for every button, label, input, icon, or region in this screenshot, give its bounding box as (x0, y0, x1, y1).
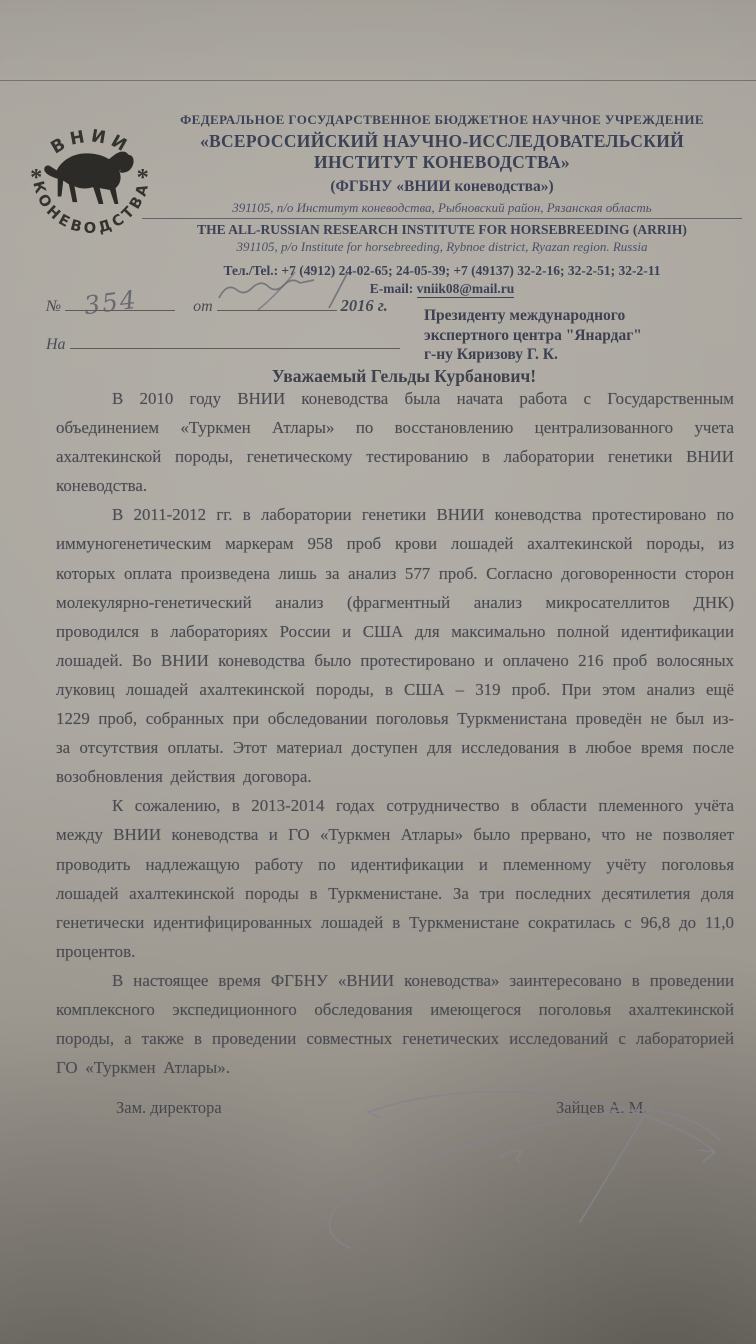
paper-top-edge (0, 0, 756, 81)
email-label: E-mail: (370, 281, 414, 296)
logo-horse-icon (44, 152, 133, 204)
letter-body: В 2010 году ВНИИ коневодства была начата… (56, 384, 734, 1082)
handwritten-number: 354 (82, 285, 139, 320)
paragraph-1: В 2010 году ВНИИ коневодства была начата… (56, 384, 734, 500)
date-underline (217, 296, 337, 311)
number-label: № (46, 298, 61, 315)
na-label: На (46, 336, 66, 353)
paragraph-2: В 2011-2012 гг. в лаборатории генетики В… (56, 500, 734, 791)
logo-ring-bottom-text: КОНЕВОДСТВА (29, 179, 152, 237)
handwritten-signature (290, 1080, 756, 1270)
paragraph-4: В настоящее время ФГБНУ «ВНИИ коневодств… (56, 966, 734, 1082)
org-short-name: (ФГБНУ «ВНИИ коневодства») (142, 178, 742, 196)
reference-block: № 354 от 2016 г. На (46, 296, 446, 372)
photographed-letter: { "colors": { "paper": "#a9a59e", "heade… (0, 0, 756, 1344)
letterhead: ФЕДЕРАЛЬНОЕ ГОСУДАРСТВЕННОЕ БЮДЖЕТНОЕ НА… (142, 112, 742, 297)
paragraph-3: К сожалению, в 2013-2014 годах сотруднич… (56, 791, 734, 966)
number-date-row: № 354 от 2016 г. (46, 296, 446, 334)
org-name-line2: ИНСТИТУТ КОНЕВОДСТВА» (142, 152, 742, 173)
org-type-line: ФЕДЕРАЛЬНОЕ ГОСУДАРСТВЕННОЕ БЮДЖЕТНОЕ НА… (142, 112, 742, 128)
logo-left-star-icon: * (30, 164, 42, 191)
na-underline (70, 334, 400, 349)
org-name-en: THE ALL-RUSSIAN RESEARCH INSTITUTE FOR H… (142, 222, 742, 238)
addressee-line3: г-ну Кяризову Г. К. (424, 345, 734, 365)
org-address-en: 391105, p/o Institute for horsebreeding,… (142, 239, 742, 255)
addressee-line2: экспертного центра "Янардаг" (424, 326, 734, 346)
org-name-line1: «ВСЕРОССИЙСКИЙ НАУЧНО-ИССЛЕДОВАТЕЛЬСКИЙ (142, 131, 742, 152)
addressee-block: Президенту международного экспертного це… (424, 306, 734, 365)
signer-title: Зам. директора (116, 1098, 222, 1118)
institute-logo: ВНИИ КОНЕВОДСТВА * * (20, 106, 162, 248)
handwritten-date-scrawl (211, 272, 361, 312)
org-address-ru: 391105, п/о Институт коневодства, Рыбнов… (142, 200, 742, 219)
addressee-line1: Президенту международного (424, 306, 734, 326)
